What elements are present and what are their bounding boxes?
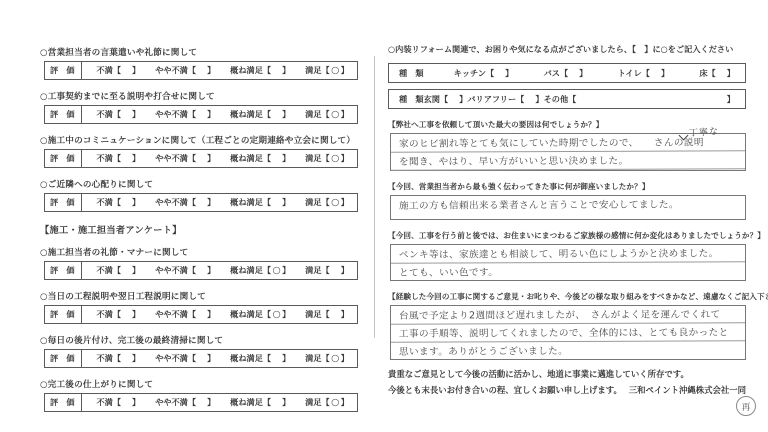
rating-option-label: 不満【 [96,153,121,164]
interior-and-comments-column: ○内装リフォーム関連で、お困りや気になる点がございましたら、【 】に○をご記入く… [388,44,746,396]
rating-option-label: 満足【 [305,397,330,408]
rating-option-bracket: 】 [282,197,290,208]
qa-answer-box: 施工の方も信頼出来る業者さんと言うことで安心してました。 [390,195,746,220]
rating-option-bracket: 】 [207,309,215,320]
reform-type-option: バリアフリー【】 [467,94,543,105]
qa-question: 【今回、工事を行う前と後では、お住まいにまつわるご家族様の感情に何か変化はありま… [388,230,746,241]
rating-option-bracket: 】 [341,153,349,164]
reform-type-option-label: 玄関【 [424,94,449,105]
rating-row-label: 評 価 [50,306,82,323]
rating-option-bracket: 】 [207,397,215,408]
reform-type-option-bracket: 】 [579,68,587,79]
rating-option: 概ね満足【】 [230,197,290,208]
rating-row: 評 価不満【】やや不満【】概ね満足【】満足【○】 [44,61,358,80]
rating-option: やや不満【】 [155,265,215,276]
rating-option: やや不満【】 [155,109,215,120]
rating-option-label: 概ね満足【 [230,65,271,76]
rating-option-label: やや不満【 [155,109,196,120]
rating-option: 概ね満足【】 [230,353,290,364]
handwritten-answer-line: 台風で予定より2週間ほど遅れましたが、 さんがよく足を運んでくれて [391,305,745,325]
rating-option: 概ね満足【】 [230,65,290,76]
rating-option-label: やや不満【 [155,197,196,208]
rating-option-label: やや不満【 [155,65,196,76]
rating-row: 評 価不満【】やや不満【】概ね満足【】満足【○】 [44,149,358,168]
question-text: ○完工後の仕上がりに関して [40,378,358,390]
rating-option: 概ね満足【】 [230,109,290,120]
selected-circle-mark: ○ [330,354,341,364]
rating-option: 概ね満足【】 [230,397,290,408]
reform-type-option-bracket: 】 [459,94,467,105]
rating-option: 満足【○】 [305,197,349,208]
reform-type-option: その他【】 [544,94,735,105]
rating-option-bracket: 】 [132,109,140,120]
rating-row: 評 価不満【】やや不満【】概ね満足【】満足【○】 [44,349,358,368]
rating-option-label: やや不満【 [155,265,196,276]
handwritten-answer-line: 工事の手順等、説明してくれましたので、全体的には、とても良かったと [391,323,745,343]
question-text: ○毎日の後片付け、完工後の最終清掃に関して [40,334,358,346]
reform-type-option-label: 床【 [699,68,715,79]
rating-option-bracket: 】 [341,109,349,120]
column-divider [374,56,375,338]
rating-option-bracket: 】 [207,265,215,276]
rating-option: 不満【】 [96,65,140,76]
qa-question: 【今回、営業担当者から最も強く伝わってきた事に何が御座いましたか？】 [388,181,746,192]
rating-option-bracket: 】 [341,309,349,320]
rating-option-label: 概ね満足【 [230,265,271,276]
rating-option-bracket: 】 [341,353,349,364]
rating-option: 不満【】 [96,265,140,276]
selected-circle-mark: ○ [271,310,282,320]
rating-option-label: 満足【 [305,309,330,320]
reform-type-option-label: キッチン【 [454,68,494,79]
rating-option-bracket: 】 [132,353,140,364]
handwritten-insertion: 丁寧な [689,124,720,139]
reform-type-option-label: その他【 [544,94,577,105]
rating-option-bracket: 】 [282,153,290,164]
rating-option-label: やや不満【 [155,397,196,408]
rating-row-label: 評 価 [50,262,82,279]
reform-type-option-bracket: 】 [535,94,543,105]
rating-option-bracket: 】 [132,265,140,276]
selected-circle-mark: ○ [271,266,282,276]
reform-type-option: バス【】 [544,68,588,79]
rating-row-label: 評 価 [50,194,82,211]
rating-option: 概ね満足【○】 [230,309,290,320]
selected-circle-mark: ○ [330,198,341,208]
rating-option-label: 不満【 [96,109,121,120]
rating-option: 不満【】 [96,397,140,408]
rating-option: 概ね満足【】 [230,153,290,164]
question-block: ○営業担当者の言葉遣いや礼節に関して評 価不満【】やや不満【】概ね満足【】満足【… [40,46,358,80]
interior-reform-question: ○内装リフォーム関連で、お困りや気になる点がございましたら、【 】に○をご記入く… [388,44,746,55]
rating-option-label: 不満【 [96,65,121,76]
reform-type-row: 種 類キッチン【】バス【】トイレ【】床【】 [388,63,746,83]
rating-option-bracket: 】 [207,109,215,120]
rating-option-bracket: 】 [341,197,349,208]
handwritten-answer-line: とても、いい色です。 [391,262,745,281]
rating-option: 不満【】 [96,309,140,320]
question-text: ○工事契約までに至る説明や打合せに関して [40,90,358,102]
rating-row-label: 評 価 [50,150,82,167]
rating-option-label: 満足【 [305,65,330,76]
rating-option-label: やや不満【 [155,153,196,164]
qa-sections: 【弊社へ工事を依頼して頂いた最大の要因は何でしょうか？】家のヒビ割れ等とても気に… [388,119,746,360]
construction-questions-group: ○施工担当者の礼節・マナーに関して評 価不満【】やや不満【】概ね満足【○】満足【… [40,246,358,412]
rating-row: 評 価不満【】やや不満【】概ね満足【○】満足【】 [44,305,358,324]
rating-option-bracket: 】 [282,353,290,364]
selected-circle-mark: ○ [330,398,341,408]
resend-stamp-icon: 再 [736,396,756,416]
rating-option: 不満【】 [96,353,140,364]
rating-option-bracket: 】 [132,197,140,208]
rating-option-label: 満足【 [305,153,330,164]
question-block: ○施工担当者の礼節・マナーに関して評 価不満【】やや不満【】概ね満足【○】満足【… [40,246,358,280]
rating-row: 評 価不満【】やや不満【】概ね満足【○】満足【】 [44,261,358,280]
rating-option: 満足【○】 [305,153,349,164]
rating-option-bracket: 】 [207,197,215,208]
rating-option: やや不満【】 [155,353,215,364]
reform-type-option: キッチン【】 [454,68,514,79]
rating-row-label: 評 価 [50,394,82,411]
rating-option-bracket: 】 [132,397,140,408]
rating-option-bracket: 】 [132,153,140,164]
reform-type-row-label: 種 類 [399,68,424,79]
question-block: ○工事契約までに至る説明や打合せに関して評 価不満【】やや不満【】概ね満足【】満… [40,90,358,124]
question-block: ○施工中のコミニュケーションに関して（工程ごとの定期連絡や立会に関して）評 価不… [40,134,358,168]
rating-option-bracket: 】 [132,65,140,76]
rating-option-label: 満足【 [305,109,330,120]
selected-circle-mark: ○ [330,154,341,164]
rating-option-bracket: 】 [282,397,290,408]
rating-option-bracket: 】 [341,397,349,408]
reform-type-option-bracket: 】 [505,68,513,79]
reform-type-row: 種 類玄関【】バリアフリー【】その他【】 [388,89,746,109]
rating-row-label: 評 価 [50,106,82,123]
qa-answer-box: 台風で予定より2週間ほど遅れましたが、 さんがよく足を運んでくれて工事の手順等、… [390,305,746,360]
rating-option: 不満【】 [96,197,140,208]
rating-option-bracket: 】 [282,65,290,76]
rating-option-label: 概ね満足【 [230,153,271,164]
rating-option: 不満【】 [96,153,140,164]
company-name: 三和ペイント沖縄株式会社一同 [629,384,746,396]
rating-row-label: 評 価 [50,62,82,79]
reform-type-option: 床【】 [699,68,735,79]
rating-option-bracket: 】 [207,65,215,76]
footer-message-line2: 今後とも末長いお付き合いの程、宜しくお願い申し上げます。 [388,384,622,396]
rating-option: やや不満【】 [155,397,215,408]
rating-option-label: 概ね満足【 [230,353,271,364]
rating-option: 満足【】 [305,265,349,276]
reform-type-option-bracket: 】 [661,68,669,79]
selected-circle-mark: ○ [330,66,341,76]
handwritten-answer-line: 思います。ありがとうございました。 [391,341,745,360]
reform-type-option-bracket: 】 [727,94,735,105]
rating-option-bracket: 】 [282,265,290,276]
qa-answer-box: 家のヒビ割れ等とても気にしていた時期でしたので、 さんの説明を聞き、やはり、早い… [390,133,746,171]
rating-option: やや不満【】 [155,309,215,320]
rating-option-label: 満足【 [305,353,330,364]
rating-option: 満足【】 [305,309,349,320]
rating-option: 満足【○】 [305,353,349,364]
rating-option-label: 概ね満足【 [230,109,271,120]
handwritten-answer-line: を聞き、やはり、早い方がいいと思い決めました。 [391,151,745,171]
rating-row: 評 価不満【】やや不満【】概ね満足【】満足【○】 [44,393,358,412]
rating-row: 評 価不満【】やや不満【】概ね満足【】満足【○】 [44,105,358,124]
construction-section-title: 【施工・施工担当者アンケート】 [40,222,358,236]
question-text: ○ご近隣への心配りに関して [40,178,358,190]
rating-option-label: 不満【 [96,197,121,208]
rating-option-label: 概ね満足【 [230,197,271,208]
rating-option: 不満【】 [96,109,140,120]
rating-row: 評 価不満【】やや不満【】概ね満足【】満足【○】 [44,193,358,212]
rating-option-label: やや不満【 [155,309,196,320]
footer: 貴重なご意見として今後の活動に活かし、地道に事業に邁進していく所存です。 今後と… [388,368,746,396]
reform-type-option-label: バリアフリー【 [467,94,524,105]
question-text: ○施工担当者の礼節・マナーに関して [40,246,358,258]
question-block: ○ご近隣への心配りに関して評 価不満【】やや不満【】概ね満足【】満足【○】 [40,178,358,212]
rating-option-label: 概ね満足【 [230,397,271,408]
rating-option: 満足【○】 [305,65,349,76]
question-block: ○完工後の仕上がりに関して評 価不満【】やや不満【】概ね満足【】満足【○】 [40,378,358,412]
rating-option-bracket: 】 [207,153,215,164]
rating-option: 概ね満足【○】 [230,265,290,276]
qa-question: 【経験した今回の工事に関するご意見・お叱りや、今後どの様な取り組みをすべきかなど… [388,291,746,302]
rating-option-bracket: 】 [132,309,140,320]
rating-option: やや不満【】 [155,197,215,208]
question-text: ○施工中のコミニュケーションに関して（工程ごとの定期連絡や立会に関して） [40,134,358,146]
footer-message-line1: 貴重なご意見として今後の活動に活かし、地道に事業に邁進していく所存です。 [388,368,746,380]
question-text: ○営業担当者の言葉遣いや礼節に関して [40,46,358,58]
rating-option-bracket: 】 [207,353,215,364]
rating-option-label: 満足【 [305,197,330,208]
rating-option-label: 満足【 [305,265,330,276]
rating-option: 満足【○】 [305,109,349,120]
rating-option: 満足【○】 [305,397,349,408]
rating-option: やや不満【】 [155,153,215,164]
question-block: ○当日の工程説明や翌日工程説明に関して評 価不満【】やや不満【】概ね満足【○】満… [40,290,358,324]
selected-circle-mark: ○ [330,110,341,120]
reform-type-row-label: 種 類 [399,94,424,105]
rating-option-label: 不満【 [96,309,121,320]
rating-option-label: 不満【 [96,353,121,364]
rating-option: やや不満【】 [155,65,215,76]
handwritten-answer-line: ペンキ等は、家族達とも相談して、明るい色にしようかと決めました。 [391,244,745,264]
exterior-survey-column: ○営業担当者の言葉遣いや礼節に関して評 価不満【】やや不満【】概ね満足【】満足【… [40,46,358,422]
reform-type-option: トイレ【】 [618,68,670,79]
rating-option-bracket: 】 [282,109,290,120]
rating-option-label: 不満【 [96,397,121,408]
sales-questions-group: ○営業担当者の言葉遣いや礼節に関して評 価不満【】やや不満【】概ね満足【】満足【… [40,46,358,212]
question-text: ○当日の工程説明や翌日工程説明に関して [40,290,358,302]
reform-type-option-label: バス【 [544,68,569,79]
rating-option-bracket: 】 [341,265,349,276]
rating-option-label: やや不満【 [155,353,196,364]
reform-type-option-bracket: 】 [727,68,735,79]
rating-option-bracket: 】 [282,309,290,320]
reform-type-rows: 種 類キッチン【】バス【】トイレ【】床【】種 類玄関【】バリアフリー【】その他【… [388,63,746,109]
reform-type-option: 玄関【】 [424,94,468,105]
reform-type-option-label: トイレ【 [618,68,650,79]
question-block: ○毎日の後片付け、完工後の最終清掃に関して評 価不満【】やや不満【】概ね満足【】… [40,334,358,368]
rating-option-label: 不満【 [96,265,121,276]
handwritten-answer-line: 施工の方も信頼出来る業者さんと言うことで安心してました。 [391,195,745,214]
qa-answer-box: ペンキ等は、家族達とも相談して、明るい色にしようかと決めました。とても、いい色で… [390,244,746,281]
rating-option-bracket: 】 [341,65,349,76]
rating-row-label: 評 価 [50,350,82,367]
rating-option-label: 概ね満足【 [230,309,271,320]
